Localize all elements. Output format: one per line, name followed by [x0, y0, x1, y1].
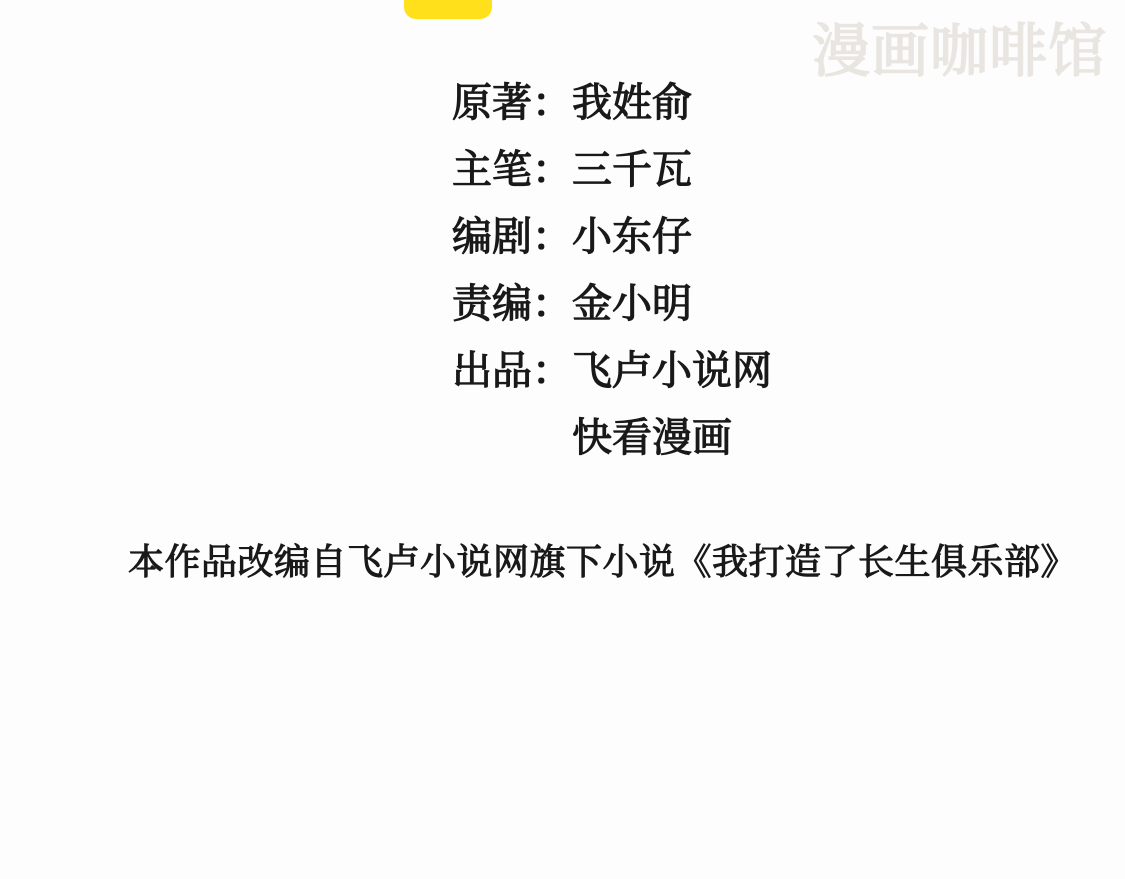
site-watermark: 漫画咖啡馆 — [812, 4, 1107, 88]
credits-block: 原著： 我姓俞 主笔： 三千瓦 编剧： 小东仔 责编： 金小明 出品： 飞卢小说… — [452, 66, 772, 468]
credit-label: 出品： — [452, 339, 572, 396]
credit-value: 金小明 — [572, 272, 692, 329]
credit-value: 我姓俞 — [572, 71, 692, 128]
credit-value: 小东仔 — [572, 205, 692, 262]
credit-value: 快看漫画 — [572, 406, 732, 463]
adaptation-notice: 本作品改编自飞卢小说网旗下小说《我打造了长生俱乐部》 — [128, 534, 1077, 585]
credit-label: 主笔： — [452, 138, 572, 195]
credit-line-platform: 快看漫画 — [452, 401, 772, 468]
credit-label: 编剧： — [452, 205, 572, 262]
credit-label: 责编： — [452, 272, 572, 329]
credit-line-producer: 出品： 飞卢小说网 — [452, 334, 772, 401]
credit-line-editor: 责编： 金小明 — [452, 267, 772, 334]
credit-line-lead-artist: 主笔： 三千瓦 — [452, 133, 772, 200]
credit-value: 飞卢小说网 — [572, 339, 772, 396]
credit-line-original-author: 原著： 我姓俞 — [452, 66, 772, 133]
comic-credits-page: 漫画咖啡馆 原著： 我姓俞 主笔： 三千瓦 编剧： 小东仔 责编： 金小明 出品… — [0, 0, 1125, 879]
credit-label: 原著： — [452, 71, 572, 128]
credit-line-screenwriter: 编剧： 小东仔 — [452, 200, 772, 267]
yellow-tab-shape — [404, 0, 492, 19]
credit-value: 三千瓦 — [572, 138, 692, 195]
